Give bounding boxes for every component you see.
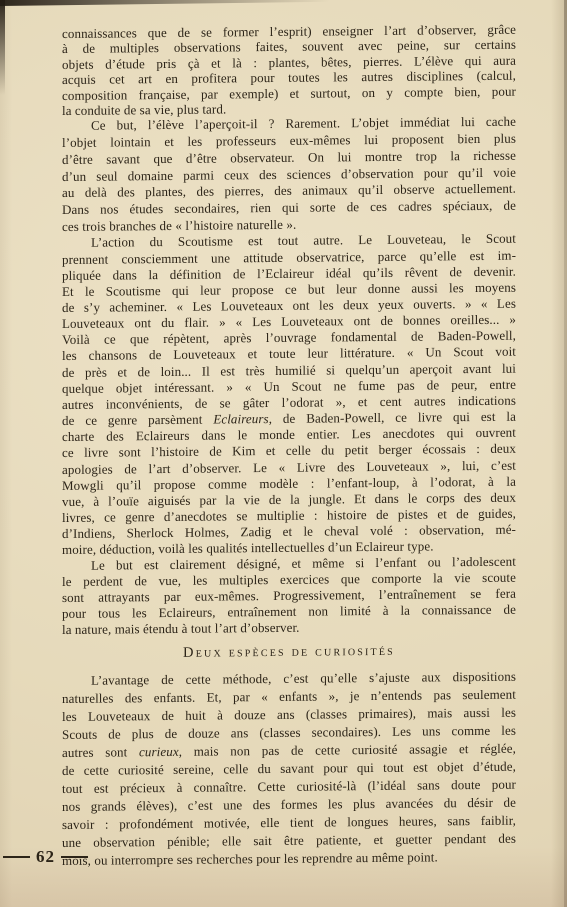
section-heading: Deux espèces de curiosités: [62, 642, 516, 662]
paragraph: L’avantage de cette méthode, c’est qu’el…: [62, 668, 516, 870]
paragraph: Le but est clairement désigné, et même s…: [62, 554, 516, 638]
page-text: connaissances que de se former l’esprit)…: [62, 22, 516, 871]
paragraph: L’action du Scoutisme est tout autre. Le…: [62, 231, 516, 558]
photo-edge-left: [0, 0, 5, 95]
photo-edge-top: [0, 0, 330, 6]
dash-ornament: [3, 856, 30, 858]
paragraph: connaissances que de se former l’esprit)…: [62, 22, 516, 119]
paragraph: Ce but, l’élève l’aperçoit-il ? Rarement…: [62, 114, 516, 235]
page-number: 62: [3, 847, 88, 867]
italic-term: Eclaireurs: [213, 411, 268, 427]
book-page: connaissances que de se former l’esprit)…: [0, 0, 567, 907]
dash-ornament: [61, 856, 88, 858]
page-number-value: 62: [30, 847, 61, 866]
italic-term: curieux: [139, 744, 179, 759]
text-line: mois, ou interrompre ses recherches pour…: [62, 848, 516, 870]
text-line: la nature, mais étendu à tout l’art d’ob…: [62, 618, 516, 638]
